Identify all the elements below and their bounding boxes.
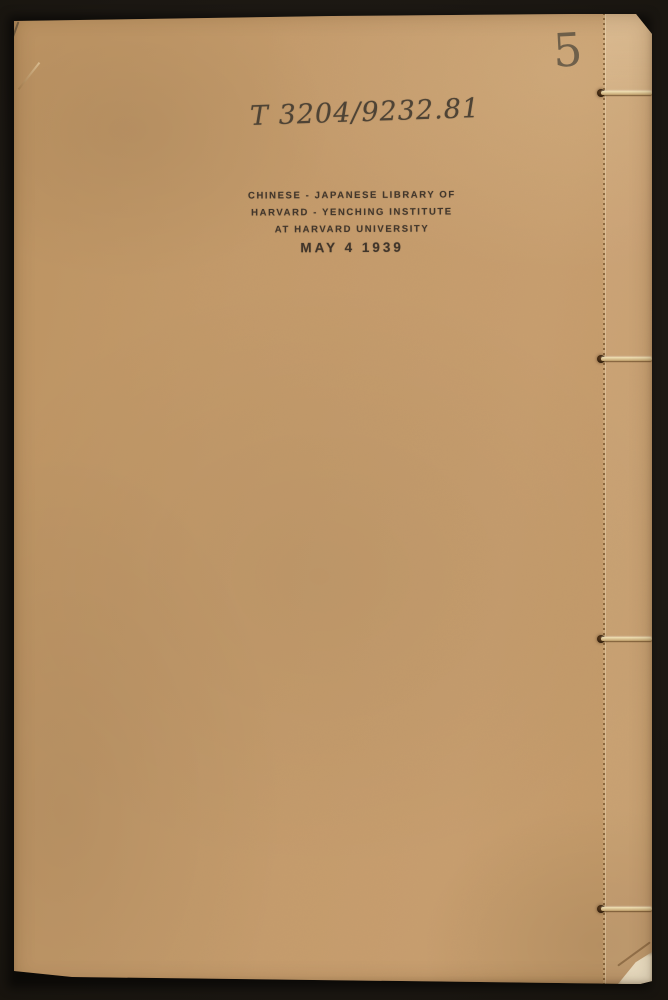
spine-fold-strip [605, 13, 652, 984]
binding-thread [601, 907, 652, 911]
paper-texture [12, 13, 652, 984]
corner-number-annotation: 5 [552, 22, 584, 77]
binding-thread [601, 357, 652, 361]
handwritten-call-number: T 3204/9232.81 [250, 93, 481, 132]
top-left-corner-crease [18, 62, 41, 90]
binding-thread [601, 637, 652, 641]
stamp-line: CHINESE - JAPANESE LIBRARY OF [248, 186, 456, 204]
stamp-line: AT HARVARD UNIVERSITY [248, 220, 456, 238]
stamp-date: MAY 4 1939 [248, 238, 456, 257]
book-cover: 5 T 3204/9232.81 CHINESE - JAPANESE LIBR… [12, 13, 652, 984]
library-stamp: CHINESE - JAPANESE LIBRARY OF HARVARD - … [248, 186, 456, 257]
photo-background: 5 T 3204/9232.81 CHINESE - JAPANESE LIBR… [0, 0, 668, 1000]
binding-fold-highlight [605, 13, 606, 984]
binding-thread [601, 91, 652, 95]
stamp-line: HARVARD - YENCHING INSTITUTE [248, 203, 456, 221]
